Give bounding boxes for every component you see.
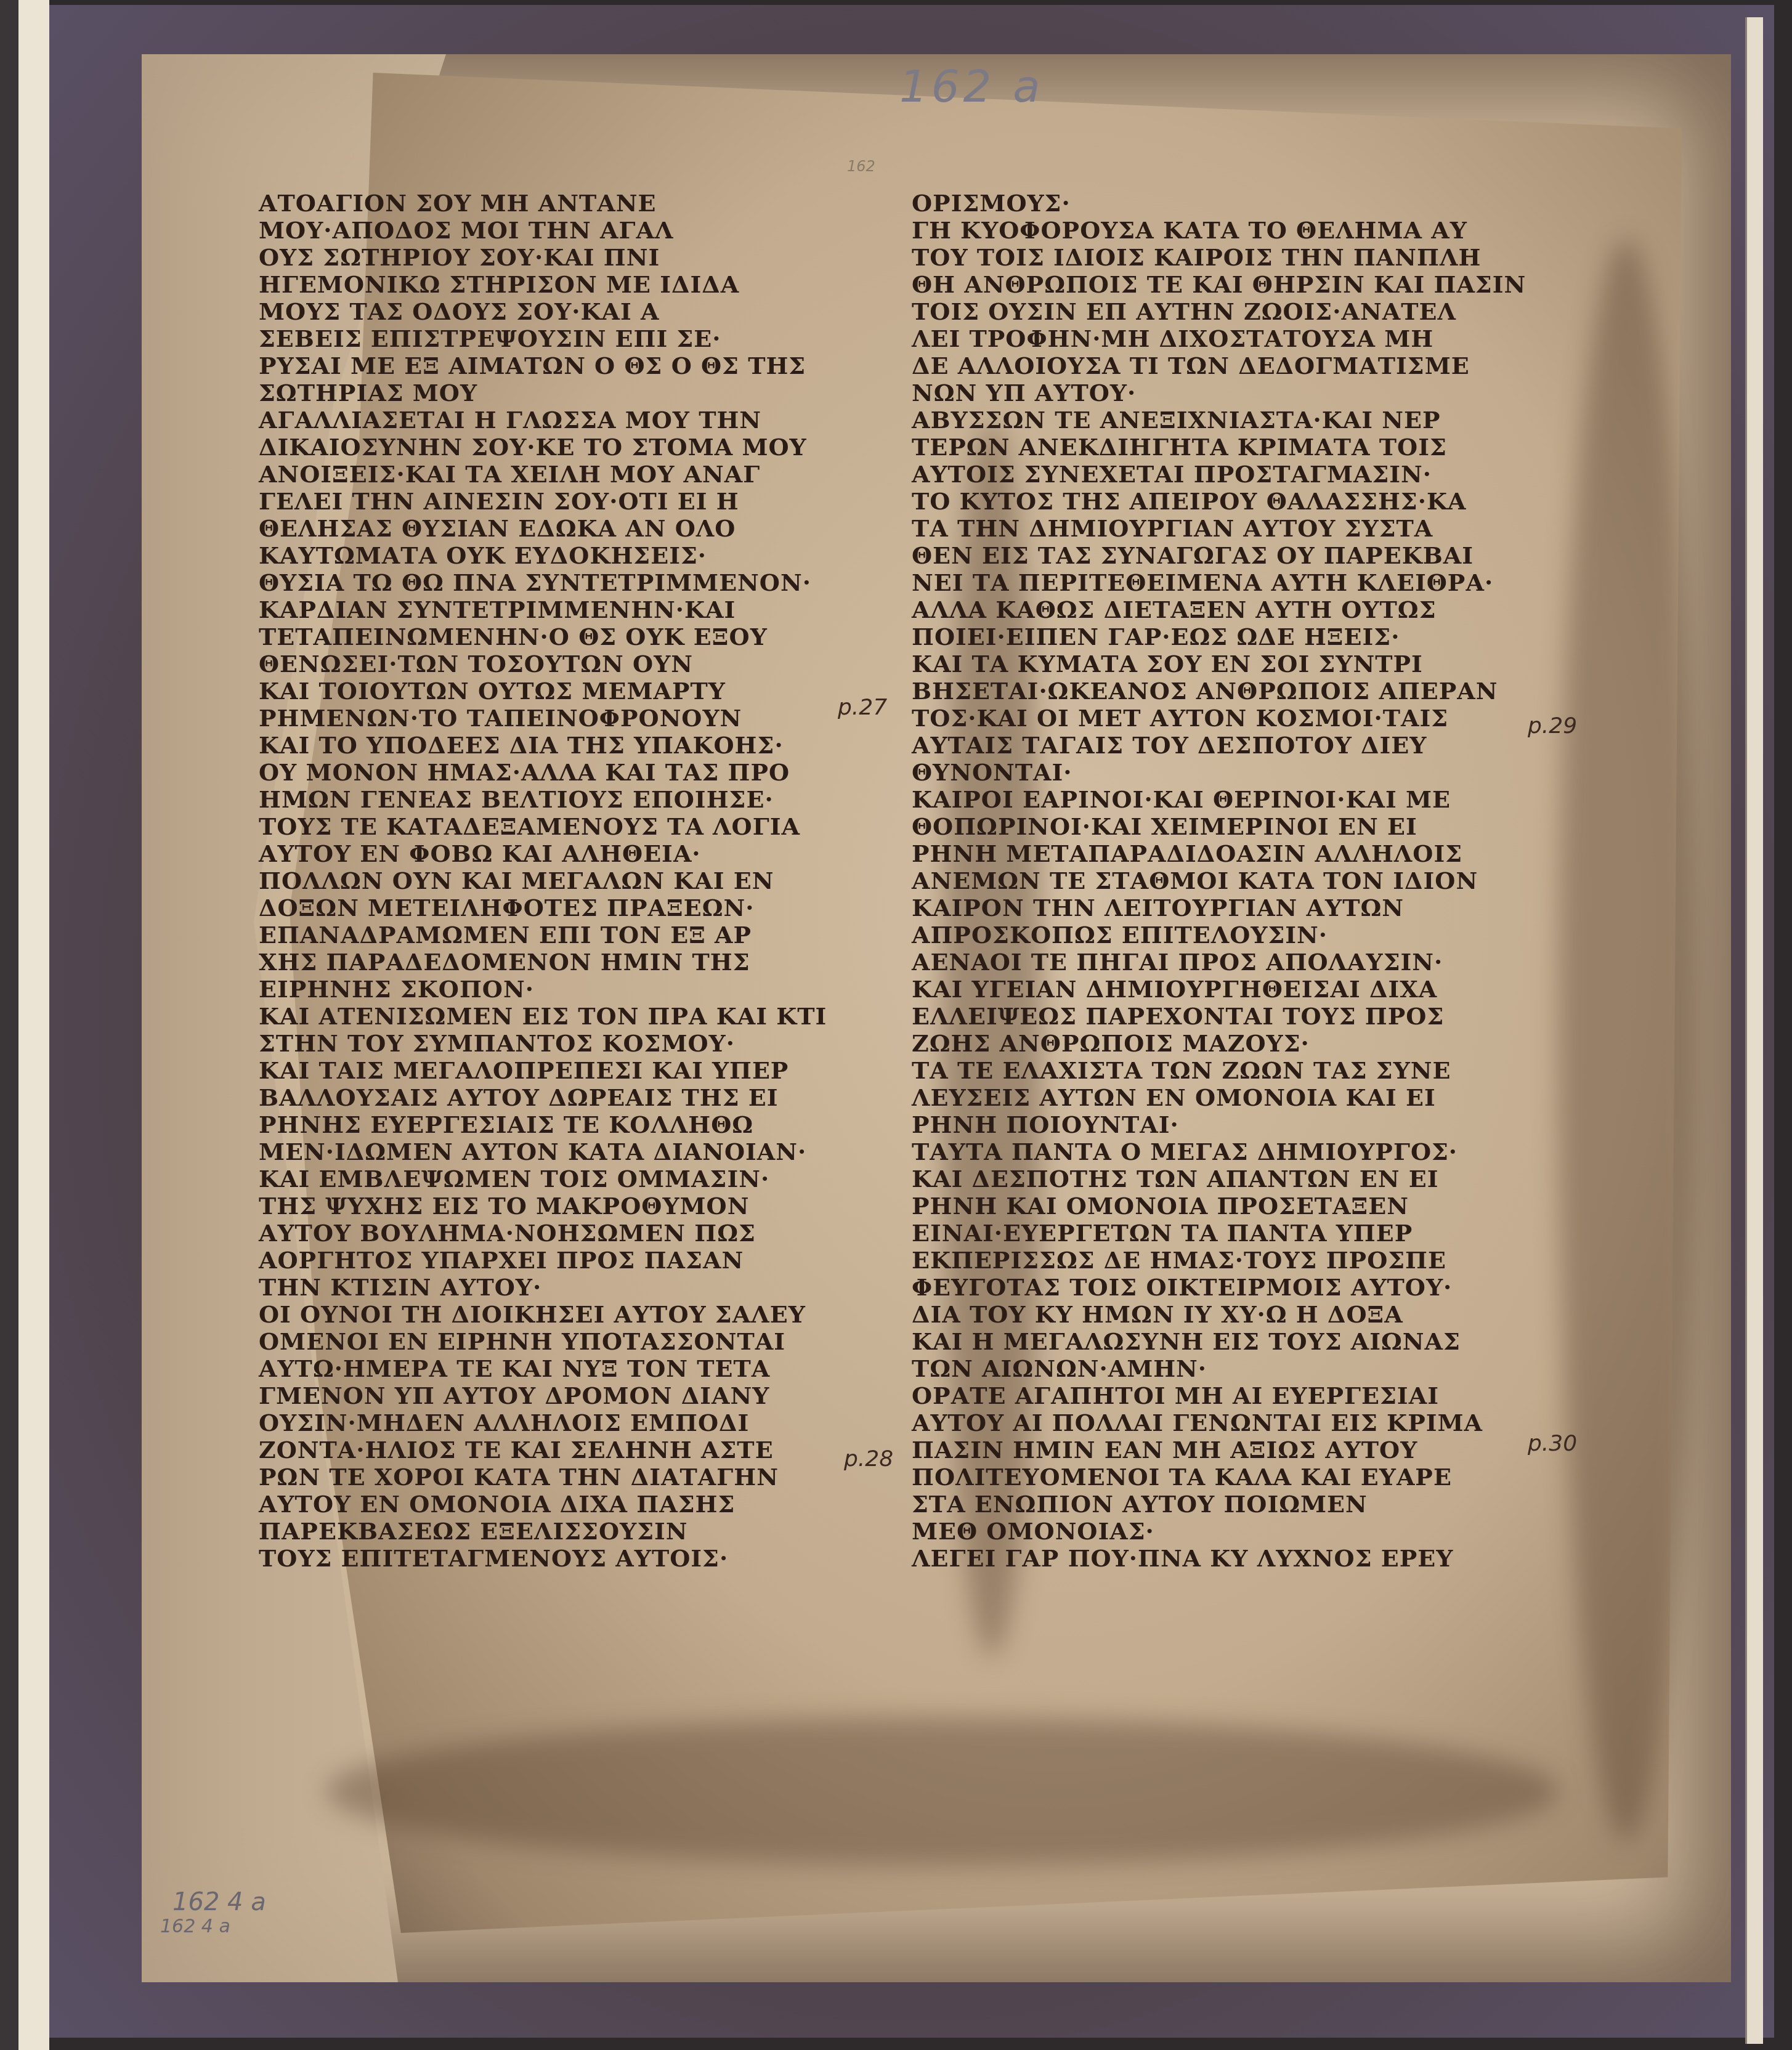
text-line: ΦΕΥΓΟΤΑΣ ΤΟΙΣ ΟΙΚΤΕΙΡΜΟΙΣ ΑΥΤΟΥ·: [912, 1274, 1526, 1301]
text-line: ΤΟΥΣ ΤΕ ΚΑΤΑΔΕΞΑΜΕΝΟΥΣ ΤΑ ΛΟΓΙΑ: [259, 813, 827, 840]
text-line: ΑΤΟΑΓΙΟΝ ΣΟΥ ΜΗ ΑΝΤΑΝΕ: [259, 190, 827, 217]
text-line: ΤΑΥΤΑ ΠΑΝΤΑ Ο ΜΕΓΑΣ ΔΗΜΙΟΥΡΓΟΣ·: [912, 1138, 1526, 1165]
text-line: ΚΑΙ ΔΕΣΠΟΤΗΣ ΤΩΝ ΑΠΑΝΤΩΝ ΕΝ ΕΙ: [912, 1165, 1526, 1193]
folio-number-bottom-line: 162 4 a: [160, 1914, 266, 1939]
stain: [326, 1717, 1559, 1865]
text-line: ΑΥΤΟΥ ΕΝ ΟΜΟΝΟΙΑ ΔΙΧΑ ΠΑΣΗΣ: [259, 1491, 827, 1518]
text-line: ΡΩΝ ΤΕ ΧΟΡΟΙ ΚΑΤΑ ΤΗΝ ΔΙΑΤΑΓΗΝ: [259, 1464, 827, 1491]
text-line: ΔΙΑ ΤΟΥ ΚΥ ΗΜΩΝ ΙΥ ΧΥ·Ω Η ΔΟΞΑ: [912, 1301, 1526, 1328]
text-line: ΜΟΥΣ ΤΑΣ ΟΔΟΥΣ ΣΟΥ·ΚΑΙ Α: [259, 298, 827, 325]
folio-number-top: 162 a: [899, 60, 1044, 112]
photo-mount: 162 a 162 162 4 a 162 4 a ΑΤΟΑΓΙΟΝ ΣΟΥ Μ…: [49, 5, 1774, 2038]
text-line: ΟΙ ΟΥΝΟΙ ΤΗ ΔΙΟΙΚΗΣΕΙ ΑΥΤΟΥ ΣΑΛΕΥ: [259, 1301, 827, 1328]
text-line: ΛΕΙ ΤΡΟΦΗΝ·ΜΗ ΔΙΧΟΣΤΑΤΟΥΣΑ ΜΗ: [912, 325, 1526, 352]
text-line: ΤΕΤΑΠΕΙΝΩΜΕΝΗΝ·Ο ΘΣ ΟΥΚ ΕΞΟΥ: [259, 623, 827, 650]
text-line: ΣΤΑ ΕΝΩΠΙΟΝ ΑΥΤΟΥ ΠΟΙΩΜΕΝ: [912, 1491, 1526, 1518]
marginal-reference: p.29: [1528, 713, 1577, 739]
text-line: ΟΥ ΜΟΝΟΝ ΗΜΑΣ·ΑΛΛΑ ΚΑΙ ΤΑΣ ΠΡΟ: [259, 759, 827, 786]
text-line: ΚΑΙΡΟΝ ΤΗΝ ΛΕΙΤΟΥΡΓΙΑΝ ΑΥΤΩΝ: [912, 894, 1526, 922]
text-line: ΔΙΚΑΙΟΣΥΝΗΝ ΣΟΥ·ΚΕ ΤΟ ΣΤΟΜΑ ΜΟΥ: [259, 434, 827, 461]
text-line: ΑΝΕΜΩΝ ΤΕ ΣΤΑΘΜΟΙ ΚΑΤΑ ΤΟΝ ΙΔΙΟΝ: [912, 867, 1526, 894]
text-line: ΤΩΝ ΑΙΩΝΩΝ·ΑΜΗΝ·: [912, 1355, 1526, 1382]
text-line: ΑΠΡΟΣΚΟΠΩΣ ΕΠΙΤΕΛΟΥΣΙΝ·: [912, 922, 1526, 949]
text-line: ΓΗ ΚΥΟΦΟΡΟΥΣΑ ΚΑΤΑ ΤΟ ΘΕΛΗΜΑ ΑΥ: [912, 217, 1526, 244]
text-line: ΓΕΛΕΙ ΤΗΝ ΑΙΝΕΣΙΝ ΣΟΥ·ΟΤΙ ΕΙ Η: [259, 488, 827, 515]
text-line: ΤΟΥ ΤΟΙΣ ΙΔΙΟΙΣ ΚΑΙΡΟΙΣ ΤΗΝ ΠΑΝΠΛΗ: [912, 244, 1526, 271]
text-line: ΚΑΥΤΩΜΑΤΑ ΟΥΚ ΕΥΔΟΚΗΣΕΙΣ·: [259, 542, 827, 569]
text-line: ΚΑΙ Η ΜΕΓΑΛΩΣΥΝΗ ΕΙΣ ΤΟΥΣ ΑΙΩΝΑΣ: [912, 1328, 1526, 1355]
text-line: ΑΥΤΑΙΣ ΤΑΓΑΙΣ ΤΟΥ ΔΕΣΠΟΤΟΥ ΔΙΕΥ: [912, 732, 1526, 759]
text-line: ΘΗ ΑΝΘΡΩΠΟΙΣ ΤΕ ΚΑΙ ΘΗΡΣΙΝ ΚΑΙ ΠΑΣΙΝ: [912, 271, 1526, 298]
text-line: ΣΕΒΕΙΣ ΕΠΙΣΤΡΕΨΟΥΣΙΝ ΕΠΙ ΣΕ·: [259, 325, 827, 352]
text-line: ΜΟΥ·ΑΠΟΔΟΣ ΜΟΙ ΤΗΝ ΑΓΑΛ: [259, 217, 827, 244]
text-line: ΚΑΙ ΑΤΕΝΙΣΩΜΕΝ ΕΙΣ ΤΟΝ ΠΡΑ ΚΑΙ ΚΤΙ: [259, 1003, 827, 1030]
manuscript-photograph: 162 a 162 162 4 a 162 4 a ΑΤΟΑΓΙΟΝ ΣΟΥ Μ…: [142, 54, 1731, 1982]
folio-number-bottom-line: 162 4 a: [172, 1890, 266, 1914]
text-line: ΧΗΣ ΠΑΡΑΔΕΔΟΜΕΝΟΝ ΗΜΙΝ ΤΗΣ: [259, 949, 827, 976]
marginal-reference: p.30: [1528, 1431, 1577, 1456]
text-line: ΓΜΕΝΟΝ ΥΠ ΑΥΤΟΥ ΔΡΟΜΟΝ ΔΙΑΝΥ: [259, 1382, 827, 1409]
text-line: ΑΥΤΟΥ ΑΙ ΠΟΛΛΑΙ ΓΕΝΩΝΤΑΙ ΕΙΣ ΚΡΙΜΑ: [912, 1409, 1526, 1436]
text-line: ΔΕ ΑΛΛΟΙΟΥΣΑ ΤΙ ΤΩΝ ΔΕΔΟΓΜΑΤΙΣΜΕ: [912, 352, 1526, 379]
text-line: ΡΗΝΗ ΚΑΙ ΟΜΟΝΟΙΑ ΠΡΟΣΕΤΑΞΕΝ: [912, 1193, 1526, 1220]
text-line: ΚΑΙ ΤΑΙΣ ΜΕΓΑΛΟΠΡΕΠΕΣΙ ΚΑΙ ΥΠΕΡ: [259, 1057, 827, 1084]
text-line: ΑΓΑΛΛΙΑΣΕΤΑΙ Η ΓΛΩΣΣΑ ΜΟΥ ΤΗΝ: [259, 407, 827, 434]
text-line: ΚΑΙ ΤΟΙΟΥΤΩΝ ΟΥΤΩΣ ΜΕΜΑΡΤΥ: [259, 678, 827, 705]
text-line: ΠΑΡΕΚΒΑΣΕΩΣ ΕΞΕΛΙΣΣΟΥΣΙΝ: [259, 1518, 827, 1545]
text-line: ΗΓΕΜΟΝΙΚΩ ΣΤΗΡΙΣΟΝ ΜΕ ΙΔΙΔΑ: [259, 271, 827, 298]
text-line: ΕΠΑΝΑΔΡΑΜΩΜΕΝ ΕΠΙ ΤΟΝ ΕΞ ΑΡ: [259, 922, 827, 949]
text-line: ΠΟΛΛΩΝ ΟΥΝ ΚΑΙ ΜΕΓΑΛΩΝ ΚΑΙ ΕΝ: [259, 867, 827, 894]
text-line: ΤΕΡΩΝ ΑΝΕΚΔΙΗΓΗΤΑ ΚΡΙΜΑΤΑ ΤΟΙΣ: [912, 434, 1526, 461]
text-line: ΝΕΙ ΤΑ ΠΕΡΙΤΕΘΕΙΜΕΝΑ ΑΥΤΗ ΚΛΕΙΘΡΑ·: [912, 569, 1526, 596]
text-line: ΟΥΣ ΣΩΤΗΡΙΟΥ ΣΟΥ·ΚΑΙ ΠΝΙ: [259, 244, 827, 271]
text-line: ΡΗΝΗ ΠΟΙΟΥΝΤΑΙ·: [912, 1111, 1526, 1138]
text-line: ΕΙΝΑΙ·ΕΥΕΡΓΕΤΩΝ ΤΑ ΠΑΝΤΑ ΥΠΕΡ: [912, 1220, 1526, 1247]
text-line: ΜΕΝ·ΙΔΩΜΕΝ ΑΥΤΟΝ ΚΑΤΑ ΔΙΑΝΟΙΑΝ·: [259, 1138, 827, 1165]
text-line: ΑΥΤΟΥ ΕΝ ΦΟΒΩ ΚΑΙ ΑΛΗΘΕΙΑ·: [259, 840, 827, 867]
text-line: ΤΟΙΣ ΟΥΣΙΝ ΕΠ ΑΥΤΗΝ ΖΩΟΙΣ·ΑΝΑΤΕΛ: [912, 298, 1526, 325]
text-line: ΤΟΣ·ΚΑΙ ΟΙ ΜΕΤ ΑΥΤΟΝ ΚΟΣΜΟΙ·ΤΑΙΣ: [912, 705, 1526, 732]
text-line: ΑΥΤΟΙΣ ΣΥΝΕΧΕΤΑΙ ΠΡΟΣΤΑΓΜΑΣΙΝ·: [912, 461, 1526, 488]
text-line: ΘΥΣΙΑ ΤΩ ΘΩ ΠΝΑ ΣΥΝΤΕΤΡΙΜΜΕΝΟΝ·: [259, 569, 827, 596]
text-line: ΒΗΣΕΤΑΙ·ΩΚΕΑΝΟΣ ΑΝΘΡΩΠΟΙΣ ΑΠΕΡΑΝ: [912, 678, 1526, 705]
text-line: ΠΟΙΕΙ·ΕΙΠΕΝ ΓΑΡ·ΕΩΣ ΩΔΕ ΗΞΕΙΣ·: [912, 623, 1526, 650]
text-line: ΒΑΛΛΟΥΣΑΙΣ ΑΥΤΟΥ ΔΩΡΕΑΙΣ ΤΗΣ ΕΙ: [259, 1084, 827, 1111]
marginal-reference: p.28: [844, 1446, 893, 1472]
text-line: ΟΥΣΙΝ·ΜΗΔΕΝ ΑΛΛΗΛΟΙΣ ΕΜΠΟΔΙ: [259, 1409, 827, 1436]
text-line: ΚΑΙ ΥΓΕΙΑΝ ΔΗΜΙΟΥΡΓΗΘΕΙΣΑΙ ΔΙΧΑ: [912, 976, 1526, 1003]
text-column-left: ΑΤΟΑΓΙΟΝ ΣΟΥ ΜΗ ΑΝΤΑΝΕΜΟΥ·ΑΠΟΔΟΣ ΜΟΙ ΤΗΝ…: [259, 190, 827, 1572]
text-line: ΔΟΞΩΝ ΜΕΤΕΙΛΗΦΟΤΕΣ ΠΡΑΞΕΩΝ·: [259, 894, 827, 922]
text-line: ΕΙΡΗΝΗΣ ΣΚΟΠΟΝ·: [259, 976, 827, 1003]
text-line: ΘΥΝΟΝΤΑΙ·: [912, 759, 1526, 786]
text-column-right: ΟΡΙΣΜΟΥΣ·ΓΗ ΚΥΟΦΟΡΟΥΣΑ ΚΑΤΑ ΤΟ ΘΕΛΗΜΑ ΑΥ…: [912, 190, 1526, 1572]
folio-number-faint: 162: [847, 158, 875, 175]
stain: [1559, 239, 1694, 1841]
text-line: ΘΕΝΩΣΕΙ·ΤΩΝ ΤΟΣΟΥΤΩΝ ΟΥΝ: [259, 650, 827, 678]
text-line: ΡΗΝΗΣ ΕΥΕΡΓΕΣΙΑΙΣ ΤΕ ΚΟΛΛΗΘΩ: [259, 1111, 827, 1138]
text-line: ΣΩΤΗΡΙΑΣ ΜΟΥ: [259, 379, 827, 407]
text-line: ΟΡΑΤΕ ΑΓΑΠΗΤΟΙ ΜΗ ΑΙ ΕΥΕΡΓΕΣΙΑΙ: [912, 1382, 1526, 1409]
text-line: ΑΝΟΙΞΕΙΣ·ΚΑΙ ΤΑ ΧΕΙΛΗ ΜΟΥ ΑΝΑΓ: [259, 461, 827, 488]
text-line: ΝΩΝ ΥΠ ΑΥΤΟΥ·: [912, 379, 1526, 407]
text-line: ΛΕΓΕΙ ΓΑΡ ΠΟΥ·ΠΝΑ ΚΥ ΛΥΧΝΟΣ ΕΡΕΥ: [912, 1545, 1526, 1572]
text-line: ΚΑΙ ΕΜΒΛΕΨΩΜΕΝ ΤΟΙΣ ΟΜΜΑΣΙΝ·: [259, 1165, 827, 1193]
text-line: ΑΛΛΑ ΚΑΘΩΣ ΔΙΕΤΑΞΕΝ ΑΥΤΗ ΟΥΤΩΣ: [912, 596, 1526, 623]
text-line: ΟΡΙΣΜΟΥΣ·: [912, 190, 1526, 217]
text-line: ΟΜΕΝΟΙ ΕΝ ΕΙΡΗΝΗ ΥΠΟΤΑΣΣΟΝΤΑΙ: [259, 1328, 827, 1355]
text-line: ΚΑΙ ΤΑ ΚΥΜΑΤΑ ΣΟΥ ΕΝ ΣΟΙ ΣΥΝΤΡΙ: [912, 650, 1526, 678]
text-line: ΘΕΝ ΕΙΣ ΤΑΣ ΣΥΝΑΓΩΓΑΣ ΟΥ ΠΑΡΕΚΒΑΙ: [912, 542, 1526, 569]
marginal-reference: p.27: [838, 695, 887, 720]
text-line: ΤΗΝ ΚΤΙΣΙΝ ΑΥΤΟΥ·: [259, 1274, 827, 1301]
text-line: ΤΗΣ ΨΥΧΗΣ ΕΙΣ ΤΟ ΜΑΚΡΟΘΥΜΟΝ: [259, 1193, 827, 1220]
text-line: ΘΟΠΩΡΙΝΟΙ·ΚΑΙ ΧΕΙΜΕΡΙΝΟΙ ΕΝ ΕΙ: [912, 813, 1526, 840]
folio-number-bottom: 162 4 a 162 4 a: [172, 1890, 266, 1939]
text-line: ΑΥΤΟΥ ΒΟΥΛΗΜΑ·ΝΟΗΣΩΜΕΝ ΠΩΣ: [259, 1220, 827, 1247]
text-line: ΖΟΝΤΑ·ΗΛΙΟΣ ΤΕ ΚΑΙ ΣΕΛΗΝΗ ΑΣΤΕ: [259, 1436, 827, 1464]
text-line: ΚΑΙΡΟΙ ΕΑΡΙΝΟΙ·ΚΑΙ ΘΕΡΙΝΟΙ·ΚΑΙ ΜΕ: [912, 786, 1526, 813]
book-binding-left: [0, 0, 18, 2050]
text-line: ΑΒΥΣΣΩΝ ΤΕ ΑΝΕΞΙΧΝΙΑΣΤΑ·ΚΑΙ ΝΕΡ: [912, 407, 1526, 434]
text-line: ΚΑΡΔΙΑΝ ΣΥΝΤΕΤΡΙΜΜΕΝΗΝ·ΚΑΙ: [259, 596, 827, 623]
text-line: ΕΚΠΕΡΙΣΣΩΣ ΔΕ ΗΜΑΣ·ΤΟΥΣ ΠΡΟΣΠΕ: [912, 1247, 1526, 1274]
text-line: ΠΑΣΙΝ ΗΜΙΝ ΕΑΝ ΜΗ ΑΞΙΩΣ ΑΥΤΟΥ: [912, 1436, 1526, 1464]
text-line: ΠΟΛΙΤΕΥΟΜΕΝΟΙ ΤΑ ΚΑΛΑ ΚΑΙ ΕΥΑΡΕ: [912, 1464, 1526, 1491]
facing-page-edge: [18, 0, 49, 2050]
text-line: ΚΑΙ ΤΟ ΥΠΟΔΕΕΣ ΔΙΑ ΤΗΣ ΥΠΑΚΟΗΣ·: [259, 732, 827, 759]
text-line: ΛΕΥΣΕΙΣ ΑΥΤΩΝ ΕΝ ΟΜΟΝΟΙΑ ΚΑΙ ΕΙ: [912, 1084, 1526, 1111]
text-line: ΣΤΗΝ ΤΟΥ ΣΥΜΠΑΝΤΟΣ ΚΟΣΜΟΥ·: [259, 1030, 827, 1057]
text-line: ΤΟ ΚΥΤΟΣ ΤΗΣ ΑΠΕΙΡΟΥ ΘΑΛΑΣΣΗΣ·ΚΑ: [912, 488, 1526, 515]
text-line: ΑΕΝΑΟΙ ΤΕ ΠΗΓΑΙ ΠΡΟΣ ΑΠΟΛΑΥΣΙΝ·: [912, 949, 1526, 976]
text-line: ΡΗΝΗ ΜΕΤΑΠΑΡΑΔΙΔΟΑΣΙΝ ΑΛΛΗΛΟΙΣ: [912, 840, 1526, 867]
text-line: ΤΑ ΤΕ ΕΛΑΧΙΣΤΑ ΤΩΝ ΖΩΩΝ ΤΑΣ ΣΥΝΕ: [912, 1057, 1526, 1084]
text-line: ΑΥΤΩ·ΗΜΕΡΑ ΤΕ ΚΑΙ ΝΥΞ ΤΟΝ ΤΕΤΑ: [259, 1355, 827, 1382]
text-line: ΕΛΛΕΙΨΕΩΣ ΠΑΡΕΧΟΝΤΑΙ ΤΟΥΣ ΠΡΟΣ: [912, 1003, 1526, 1030]
text-line: ΘΕΛΗΣΑΣ ΘΥΣΙΑΝ ΕΔΩΚΑ ΑΝ ΟΛΟ: [259, 515, 827, 542]
text-line: ΑΟΡΓΗΤΟΣ ΥΠΑΡΧΕΙ ΠΡΟΣ ΠΑΣΑΝ: [259, 1247, 827, 1274]
text-line: ΗΜΩΝ ΓΕΝΕΑΣ ΒΕΛΤΙΟΥΣ ΕΠΟΙΗΣΕ·: [259, 786, 827, 813]
text-line: ΡΥΣΑΙ ΜΕ ΕΞ ΑΙΜΑΤΩΝ Ο ΘΣ Ο ΘΣ ΤΗΣ: [259, 352, 827, 379]
text-line: ΜΕΘ ΟΜΟΝΟΙΑΣ·: [912, 1518, 1526, 1545]
text-line: ΡΗΜΕΝΩΝ·ΤΟ ΤΑΠΕΙΝΟΦΡΟΝΟΥΝ: [259, 705, 827, 732]
text-line: ΤΟΥΣ ΕΠΙΤΕΤΑΓΜΕΝΟΥΣ ΑΥΤΟΙΣ·: [259, 1545, 827, 1572]
text-line: ΖΩΗΣ ΑΝΘΡΩΠΟΙΣ ΜΑΖΟΥΣ·: [912, 1030, 1526, 1057]
text-line: ΤΑ ΤΗΝ ΔΗΜΙΟΥΡΓΙΑΝ ΑΥΤΟΥ ΣΥΣΤΑ: [912, 515, 1526, 542]
page-stack-edge: [1745, 17, 1763, 2044]
